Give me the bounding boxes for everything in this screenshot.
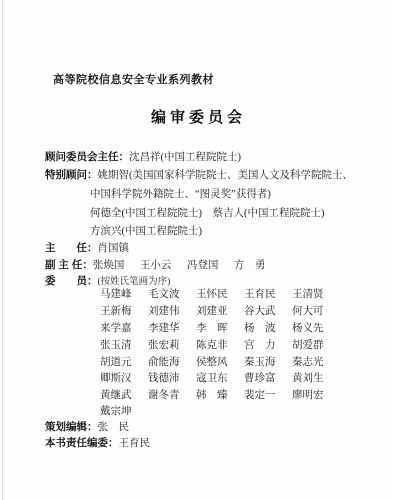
special-advisors-line-4: 方滨兴(中国工程院院士) (90, 225, 202, 238)
member-row: 卿斯汉钱德沛寇卫东曹珍富黄刘生 (100, 372, 340, 385)
special-advisors-line-2: 中国科学院外籍院士、“图灵奖”获得者) (90, 188, 271, 201)
special-advisor-value-1: 姚期智(美国国家科学院院士、美国人文及科学院院士、 (98, 170, 354, 181)
committee-title: 编审委员会 (0, 106, 393, 127)
member-row: 来学嘉李建华李 晖杨 波杨义先 (100, 322, 340, 335)
advisor-chair-label: 顾问委员会主任： (45, 151, 129, 163)
special-advisor-value-3: 何德全(中国工程院院士) 蔡吉人(中国工程院院士) (90, 208, 325, 219)
member-name: 宫 力 (244, 339, 277, 352)
member-name: 韩 臻 (196, 389, 229, 402)
member-name: 马建峰 (100, 288, 133, 301)
planning-editor-line: 策划编辑：张 民 (45, 421, 129, 434)
deputy-director-name: 王小云 (140, 259, 173, 272)
member-name: 黄刘生 (292, 372, 325, 385)
member-name: 胡道元 (100, 356, 133, 369)
member-name: 谷大武 (244, 305, 277, 318)
member-name: 李 晖 (196, 322, 229, 335)
director-label: 主 任： (45, 242, 98, 254)
member-name: 杨义先 (292, 322, 325, 335)
member-row: 马建峰毛文波王怀民王育民王清贤 (100, 288, 340, 301)
member-name: 何大可 (292, 305, 325, 318)
member-name: 廖明宏 (292, 389, 325, 402)
member-name: 秦志光 (292, 356, 325, 369)
deputy-director-name: 冯登国 (187, 259, 220, 272)
member-name: 胡爱群 (292, 339, 325, 352)
member-name: 俞能海 (148, 356, 181, 369)
member-name: 张玉清 (100, 339, 133, 352)
advisor-chair-line: 顾问委员会主任：沈昌祥(中国工程院院士) (45, 151, 241, 164)
special-advisors-label: 特别顾问： (45, 169, 98, 181)
member-row: 张玉清张宏莉陈克非宫 力胡爱群 (100, 339, 340, 352)
special-advisor-value-2: 中国科学院外籍院士、“图灵奖”获得者) (90, 189, 271, 200)
members-label-line: 委 员：(按姓氏笔画为序) (45, 275, 170, 289)
member-name: 张宏莉 (148, 339, 181, 352)
member-name: 裴定一 (244, 389, 277, 402)
member-name: 谢冬青 (148, 389, 181, 402)
member-name: 来学嘉 (100, 322, 133, 335)
member-row: 戴宗坤 (100, 405, 148, 418)
special-advisor-value-4: 方滨兴(中国工程院院士) (90, 226, 202, 237)
director-line: 主 任：肖国镇 (45, 242, 129, 255)
member-row: 黄继武谢冬青韩 臻裴定一廖明宏 (100, 389, 340, 402)
member-name: 王怀民 (196, 288, 229, 301)
member-row: 胡道元俞能海侯整风秦玉海秦志光 (100, 356, 340, 369)
member-name: 王育民 (244, 288, 277, 301)
members-sort-note: (按姓氏笔画为序) (98, 277, 171, 287)
special-advisors-line-1: 特别顾问：姚期智(美国国家科学院院士、美国人文及科学院院士、 (45, 169, 353, 182)
member-name: 秦玉海 (244, 356, 277, 369)
member-name: 李建华 (148, 322, 181, 335)
member-name: 陈克非 (196, 339, 229, 352)
special-advisors-line-3: 何德全(中国工程院院士) 蔡吉人(中国工程院院士) (90, 207, 325, 220)
planning-editor-label: 策划编辑： (45, 421, 98, 433)
member-name: 侯整风 (196, 356, 229, 369)
planning-editor-value: 张 民 (98, 422, 130, 433)
member-name: 戴宗坤 (100, 405, 133, 418)
deputy-director-label: 副 主 任： (45, 259, 93, 271)
member-row: 王新梅刘建伟刘建亚谷大武何大可 (100, 305, 340, 318)
member-name: 毛文波 (148, 288, 181, 301)
member-name: 黄继武 (100, 389, 133, 402)
member-name: 钱德沛 (148, 372, 181, 385)
responsible-editor-value: 王育民 (119, 438, 151, 449)
director-value: 肖国镇 (98, 243, 130, 254)
member-name: 刘建亚 (196, 305, 229, 318)
member-name: 寇卫东 (196, 372, 229, 385)
deputy-director-name: 张焕国 (93, 259, 126, 272)
responsible-editor-line: 本书责任编委：王育民 (45, 437, 150, 450)
book-page: 高等院校信息安全专业系列教材 编审委员会 顾问委员会主任：沈昌祥(中国工程院院士… (0, 0, 393, 500)
responsible-editor-label: 本书责任编委： (45, 437, 119, 449)
member-name: 刘建伟 (148, 305, 181, 318)
deputy-director-name: 方 勇 (234, 259, 267, 272)
member-name: 王清贤 (292, 288, 325, 301)
series-label: 高等院校信息安全专业系列教材 (53, 71, 214, 87)
member-name: 杨 波 (244, 322, 277, 335)
members-label: 委 员： (45, 275, 98, 287)
page-scan-edge (2, 0, 3, 500)
member-name: 王新梅 (100, 305, 133, 318)
member-name: 曹珍富 (244, 372, 277, 385)
member-name: 卿斯汉 (100, 372, 133, 385)
advisor-chair-value: 沈昌祥(中国工程院院士) (129, 152, 241, 163)
deputy-director-line: 副 主 任：张焕国王小云冯登国方 勇 (45, 259, 281, 272)
